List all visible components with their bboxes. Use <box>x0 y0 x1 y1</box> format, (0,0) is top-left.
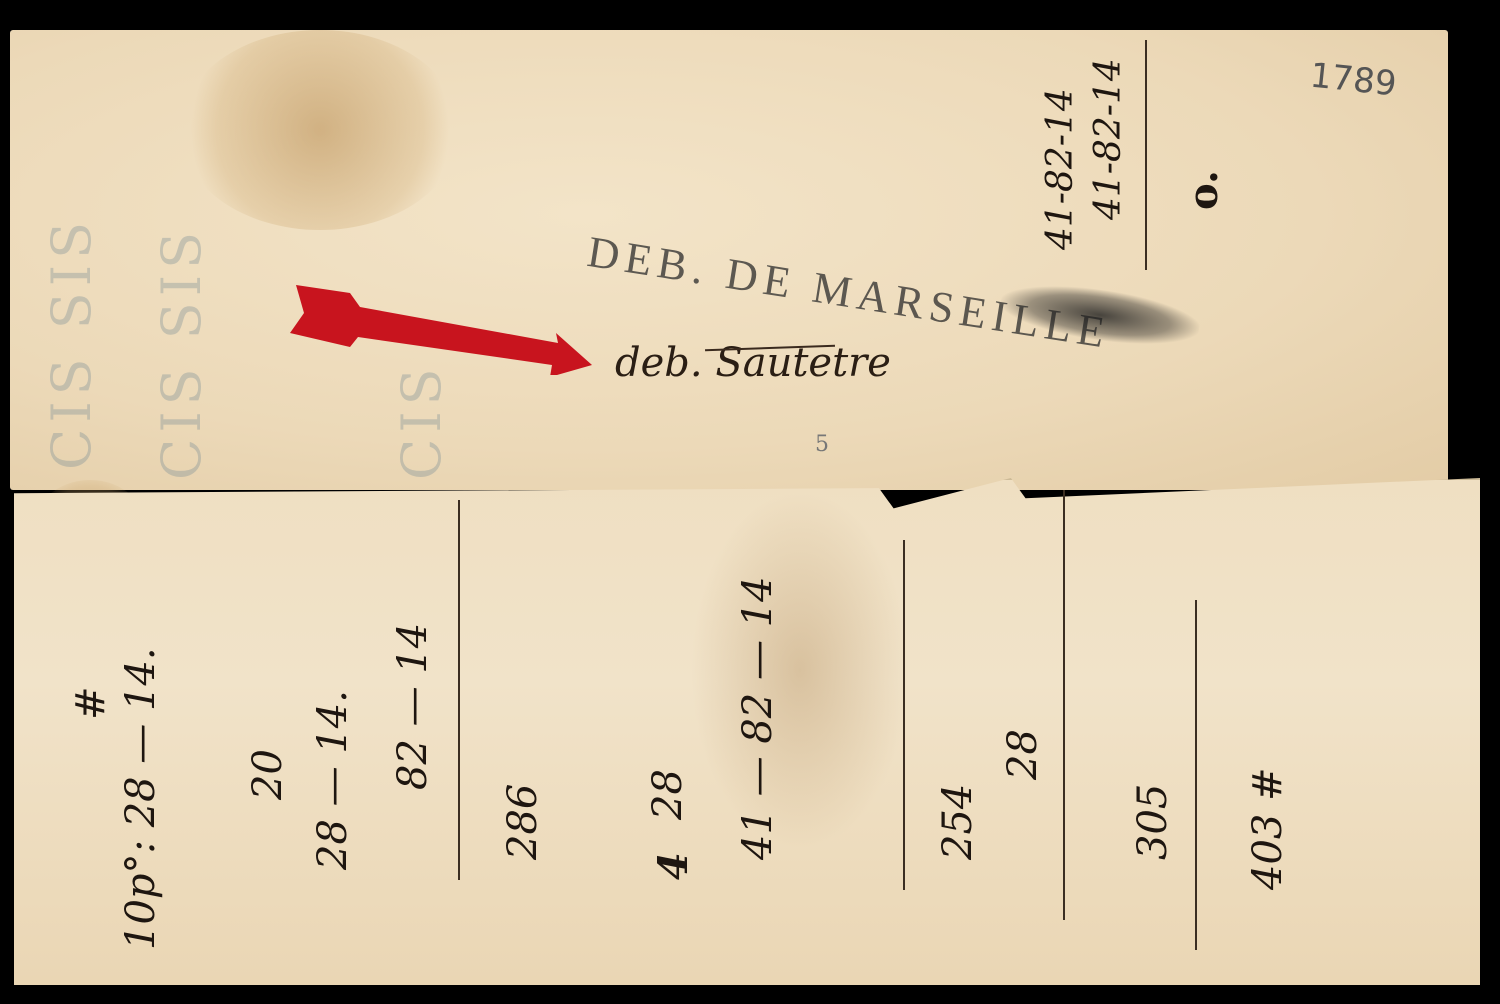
calc-row: 305 <box>1130 784 1176 860</box>
calc-top-1: 41-82-14 <box>1040 88 1081 250</box>
calc-row: 4 <box>650 852 697 880</box>
calc-row: 20 <box>245 749 291 800</box>
calc-rule <box>1195 600 1197 950</box>
calc-row: 82 — 14 <box>390 623 436 790</box>
calc-rule <box>1145 40 1147 270</box>
calc-row: 10p°: 28 — 14. <box>118 647 164 950</box>
calc-row: 41 — 82 — 14 <box>735 576 781 860</box>
red-arrow-icon <box>288 285 598 375</box>
calc-hash: # <box>68 686 114 720</box>
show-through-text: CIS SIS <box>150 120 213 480</box>
water-stain <box>690 490 910 850</box>
calc-row: 28 — 14. <box>310 690 356 870</box>
calc-rule <box>903 540 905 890</box>
calc-top-2: 41-82-14 <box>1088 58 1129 220</box>
calc-total: 403 # <box>1245 767 1291 890</box>
calc-row: 254 <box>935 784 981 860</box>
calc-rule <box>1063 490 1065 920</box>
show-through-text: CIS SIS <box>40 110 103 470</box>
calc-rule <box>458 500 460 880</box>
calc-row: 28 <box>645 769 691 820</box>
calc-row: 286 <box>500 784 546 860</box>
calc-top-fragment: o. <box>1180 170 1227 210</box>
calc-row: 28 <box>1000 729 1046 780</box>
small-mark: 5 <box>815 432 829 457</box>
